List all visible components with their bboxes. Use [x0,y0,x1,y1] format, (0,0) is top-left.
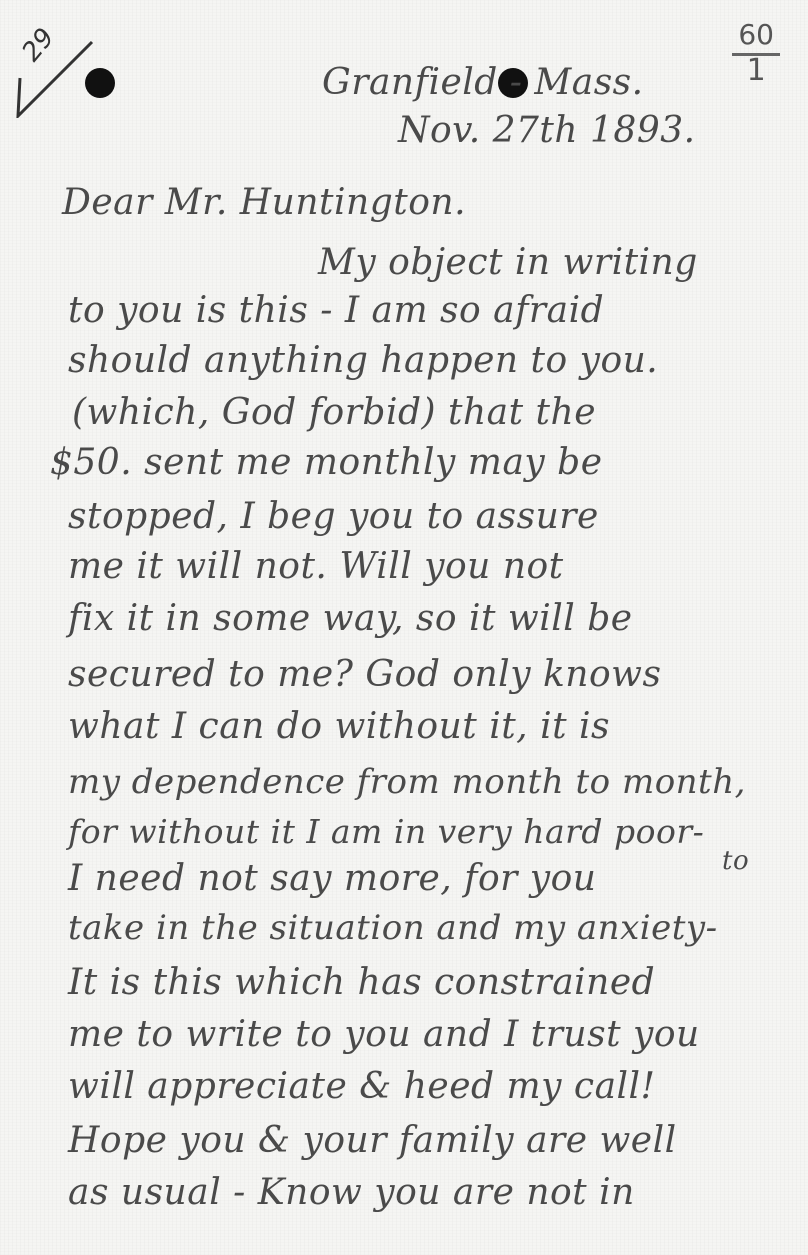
letter-line: stopped, I beg you to assure [68,496,599,537]
letter-salutation: Dear Mr. Huntington. [62,182,466,223]
page-number-top: 60 [732,18,780,56]
letter-line: should anything happen to you. [68,340,658,381]
letter-line: $50. sent me monthly may be [50,442,603,483]
letter-date: Nov. 27th 1893. [398,110,696,151]
letter-page: 29 60 1 Granfield - Mass. Nov. 27th 1893… [0,0,808,1255]
letter-line: my dependence from month to month, [68,762,746,802]
letter-line: My object in writing [318,242,698,283]
letter-line: (which, God forbid) that the [72,392,596,433]
letter-line: take in the situation and my anxiety- [68,908,718,948]
inserted-word: to [722,846,749,876]
letter-line: me it will not. Will you not [68,546,564,587]
letter-line: me to write to you and I trust you [68,1014,700,1055]
letter-line: to you is this - I am so afraid [68,290,604,331]
letter-line: will appreciate & heed my call! [68,1066,656,1107]
letter-place: Granfield - Mass. [322,62,644,103]
punch-hole-left [85,68,115,98]
letter-line: Hope you & your family are well [68,1120,677,1161]
letter-line: It is this which has constrained [68,962,655,1003]
letter-line: what I can do without it, it is [68,706,610,747]
letter-line: fix it in some way, so it will be [68,598,633,639]
letter-line: for without it I am in very hard poor- [68,812,704,851]
page-number-bottom: 1 [732,56,780,86]
letter-line: secured to me? God only knows [68,654,661,695]
page-number: 60 1 [732,18,780,86]
letter-line: I need not say more, for you [68,858,597,899]
letter-line: as usual - Know you are not in [68,1172,635,1213]
